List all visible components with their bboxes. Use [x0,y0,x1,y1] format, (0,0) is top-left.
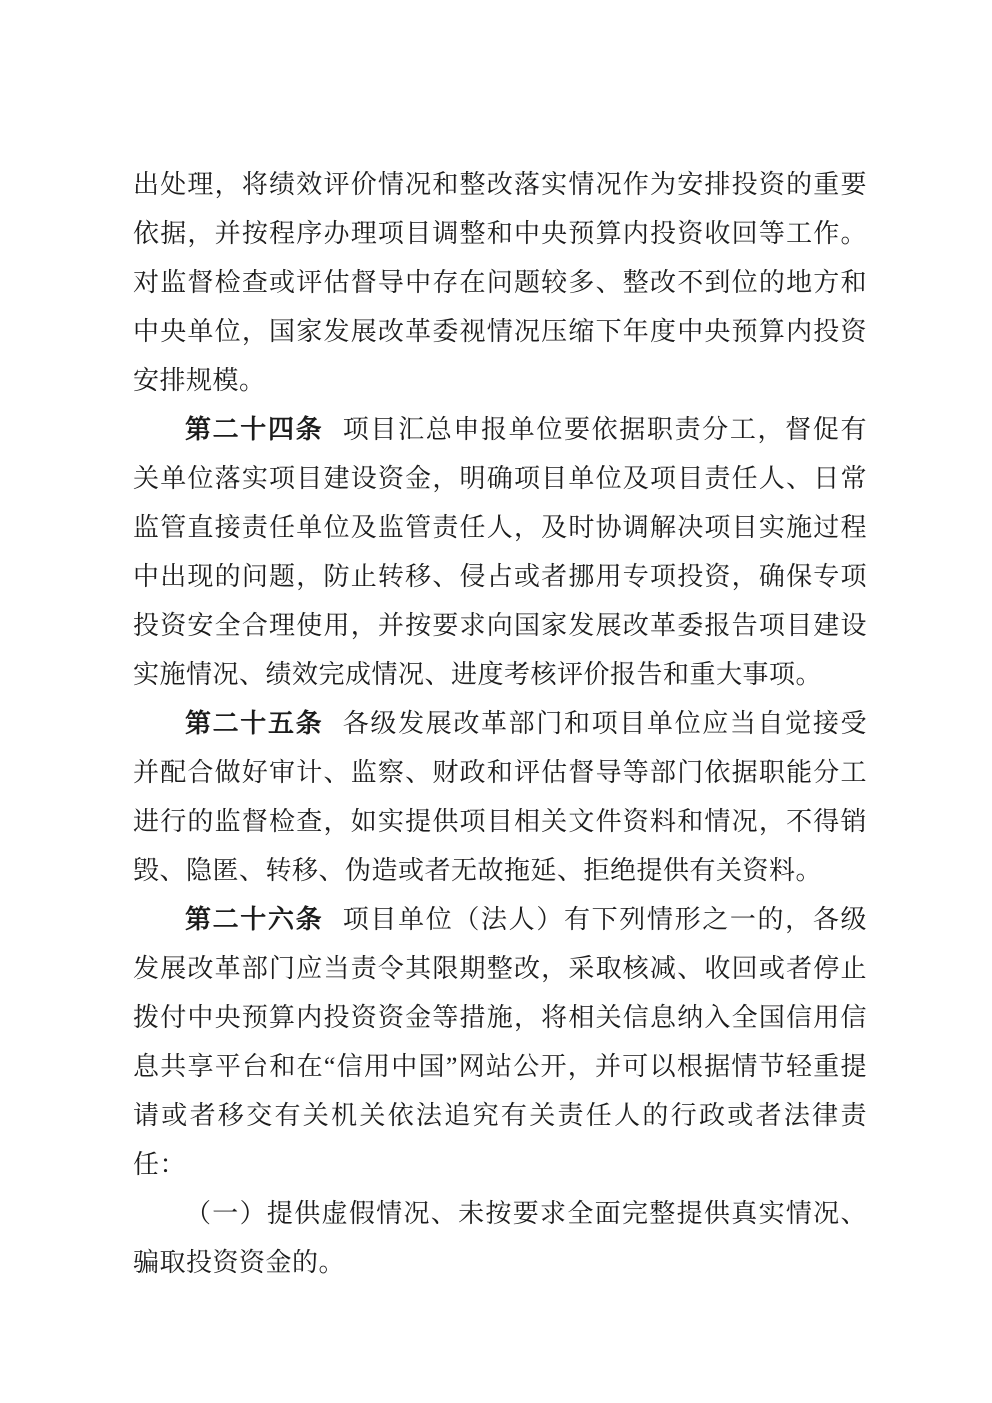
article-26-label: 第二十六条 [185,905,323,934]
article-25-paragraph: 第二十五条各级发展改革部门和项目单位应当自觉接受并配合做好审计、监察、财政和评估… [133,699,867,895]
paragraph-text: 项目单位（法人）有下列情形之一的，各级发展改革部门应当责令其限期整改，采取核减、… [133,905,867,1179]
paragraph-text: 项目汇总申报单位要依据职责分工，督促有关单位落实项目建设资金，明确项目单位及项目… [133,415,867,689]
article-26-paragraph: 第二十六条项目单位（法人）有下列情形之一的，各级发展改革部门应当责令其限期整改，… [133,895,867,1189]
document-page: 出处理，将绩效评价情况和整改落实情况作为安排投资的重要依据，并按程序办理项目调整… [0,0,992,1403]
list-item-1-paragraph: （一）提供虚假情况、未按要求全面完整提供真实情况、骗取投资资金的。 [133,1189,867,1287]
article-24-paragraph: 第二十四条项目汇总申报单位要依据职责分工，督促有关单位落实项目建设资金，明确项目… [133,405,867,699]
continuation-paragraph: 出处理，将绩效评价情况和整改落实情况作为安排投资的重要依据，并按程序办理项目调整… [133,160,867,405]
paragraph-text: 出处理，将绩效评价情况和整改落实情况作为安排投资的重要依据，并按程序办理项目调整… [133,170,867,395]
article-24-label: 第二十四条 [185,415,323,444]
paragraph-text: （一）提供虚假情况、未按要求全面完整提供真实情况、骗取投资资金的。 [133,1199,867,1277]
article-25-label: 第二十五条 [185,709,323,738]
document-text-block: 出处理，将绩效评价情况和整改落实情况作为安排投资的重要依据，并按程序办理项目调整… [133,160,867,1287]
